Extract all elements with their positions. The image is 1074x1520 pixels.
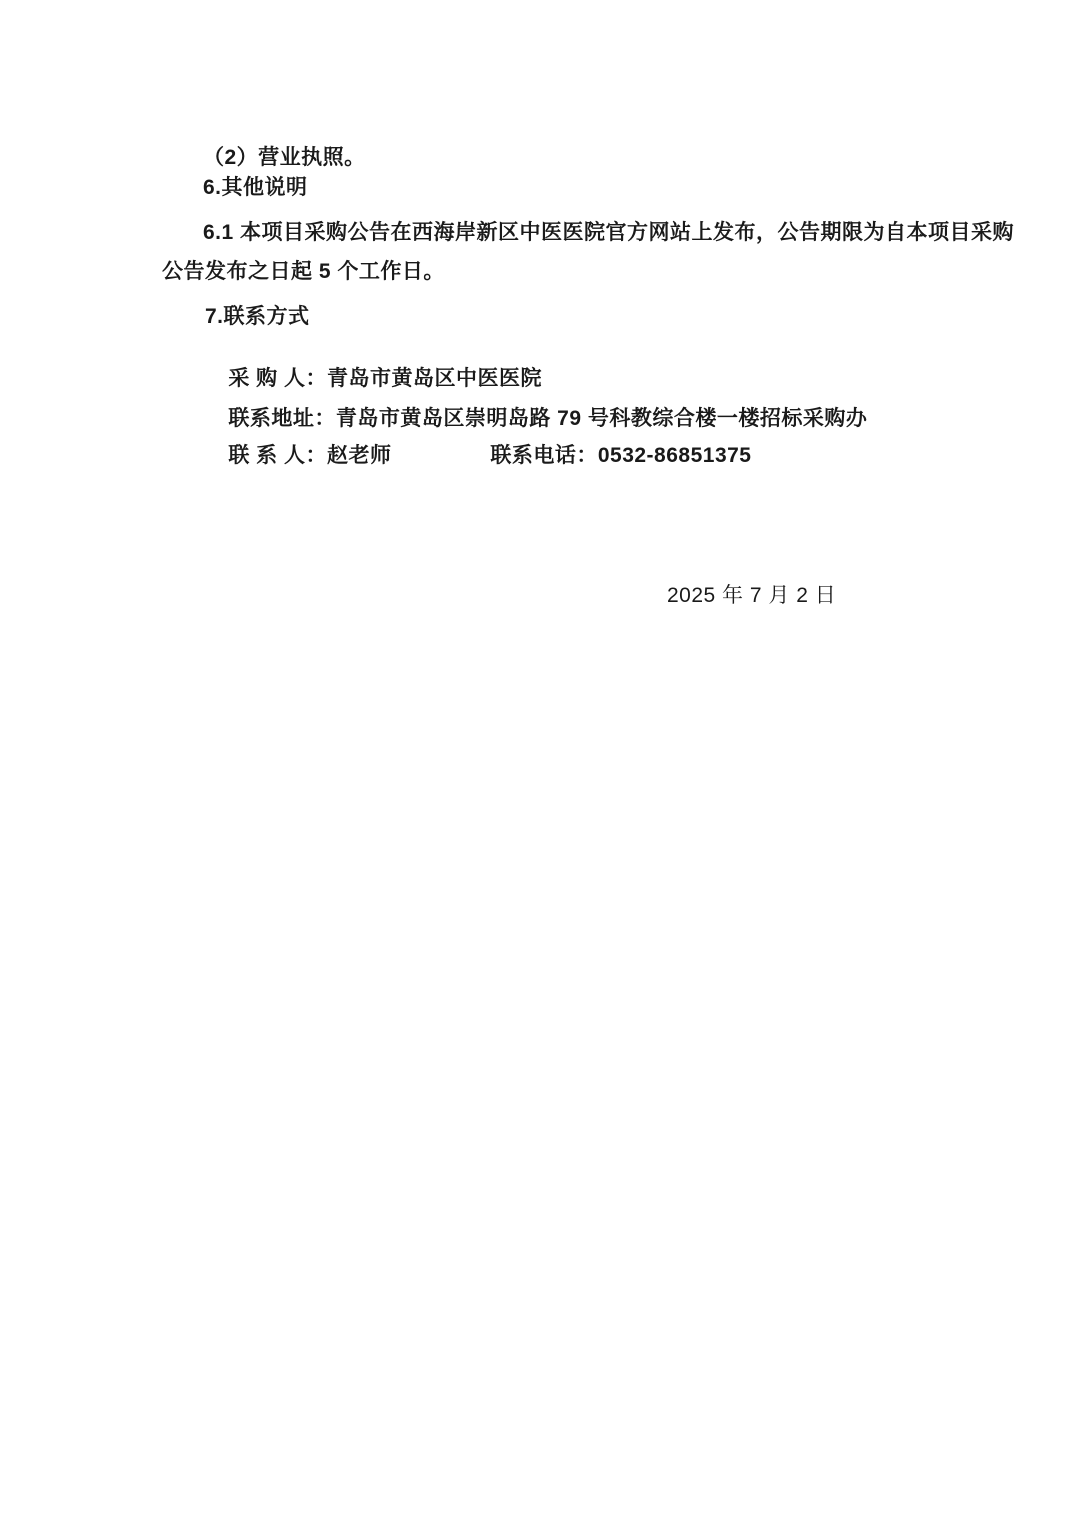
section6-paragraph-line2: 公告发布之日起 5 个工作日。: [162, 260, 445, 284]
business-license-item: （2）营业执照。: [203, 146, 366, 170]
phone-value: 0532-86851375: [598, 444, 752, 467]
section7-heading: 7.联系方式: [205, 305, 310, 329]
document-page: （2）营业执照。 6.其他说明 6.1 本项目采购公告在西海岸新区中医医院官方网…: [0, 0, 1074, 1520]
section6-heading: 6.其他说明: [203, 176, 308, 200]
phone-line: 联系电话：0532-86851375: [465, 420, 752, 492]
contact-person-line: 联 系 人：赵老师: [203, 420, 392, 492]
contact-label: 联 系 人：: [228, 444, 327, 467]
section6-paragraph-line1: 6.1 本项目采购公告在西海岸新区中医医院官方网站上发布，公告期限为自本项目采购: [203, 221, 1014, 245]
document-date: 2025 年 7 月 2 日: [667, 584, 836, 608]
phone-label: 联系电话：: [490, 444, 598, 467]
contact-value: 赵老师: [327, 444, 392, 467]
